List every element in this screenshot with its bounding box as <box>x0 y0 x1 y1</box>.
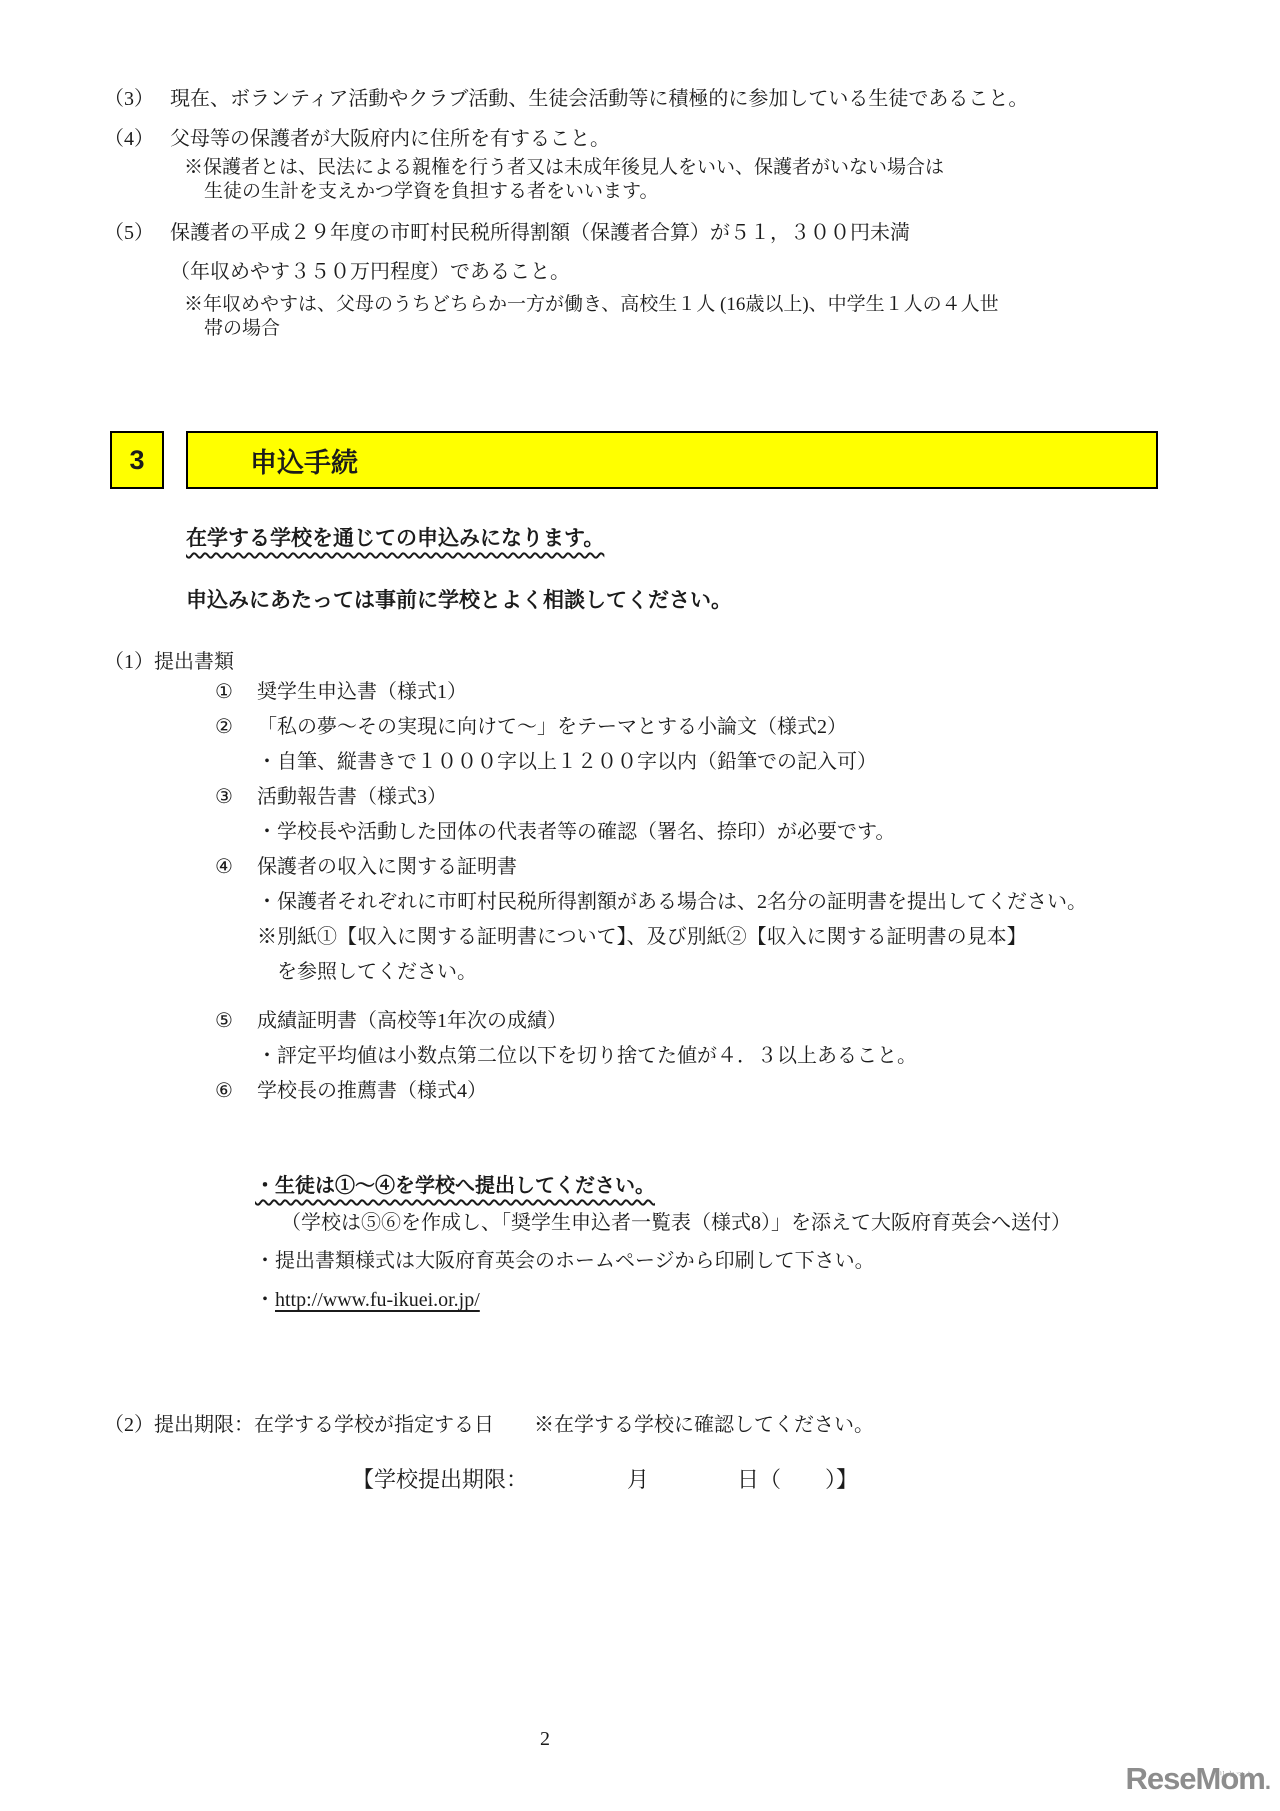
doc-text: 奨学生申込書（様式1） <box>257 681 1155 704</box>
guardian-note-line-1: ※保護者とは、民法による親権を行う者又は未成年後見人をいい、保護者がいない場合は <box>184 156 1134 180</box>
doc-item-1: ① 奨学生申込書（様式1） <box>215 681 1155 704</box>
doc-item-5-note: ・評定平均値は小数点第二位以下を切り捨てた値が４．３以上あること。 <box>257 1045 1155 1068</box>
doc-item-4-note-1: ・保護者それぞれに市町村民税所得割額がある場合は、2名分の証明書を提出してくださ… <box>257 891 1155 914</box>
logo-dot: . <box>1265 1769 1270 1794</box>
lead-sentence-2: 申込みにあたっては事前に学校とよく相談してください。 <box>186 584 732 614</box>
doc-item-4-note-3: を参照してください。 <box>277 961 1155 984</box>
print-note: ・提出書類様式は大阪府育英会のホームページから印刷して下さい。 <box>255 1249 1155 1273</box>
eligibility-item-4: （4） 父母等の保護者が大阪府内に住所を有すること。 <box>104 126 1134 152</box>
school-deadline-blank: 【学校提出期限： 月 日（ ）】 <box>352 1463 858 1494</box>
item-text: 保護者の平成２９年度の市町村民税所得割額（保護者合算）が５１，３００円未満 <box>170 220 1134 246</box>
resemom-logo: リセマムReseMom. <box>1125 1763 1270 1797</box>
circled-number: ① <box>215 681 257 704</box>
subsection-1-heading: （1）提出書類 <box>104 645 234 674</box>
logo-ruby-text: リセマム <box>1218 1759 1254 1790</box>
doc-text: 学校長の推薦書（様式4） <box>257 1080 1155 1103</box>
eligibility-list: （3） 現在、ボランティア活動やクラブ活動、生徒会活動等に積極的に参加している生… <box>104 86 1134 341</box>
income-estimate-line: （年収めやす３５０万円程度）であること。 <box>170 259 1134 285</box>
doc-item-5: ⑤ 成績証明書（高校等1年次の成績） <box>215 1010 1155 1033</box>
guardian-note-line-2: 生徒の生計を支えかつ学資を負担する者をいいます。 <box>204 180 1134 204</box>
section-number-box: 3 <box>110 431 164 489</box>
bullet: ・ <box>255 1289 275 1311</box>
income-note-line-1: ※年収めやすは、父母のうちどちらか一方が働き、高校生１人 (16歳以上)、中学生… <box>184 293 1134 317</box>
school-send-note: （学校は⑤⑥を作成し、「奨学生申込者一覧表（様式8）」を添えて大阪府育英会へ送付… <box>281 1211 1155 1235</box>
doc-item-4-note-2: ※別紙①【収入に関する証明書について】、及び別紙②【収入に関する証明書の見本】 <box>257 926 1155 949</box>
doc-text: 活動報告書（様式3） <box>257 786 1155 809</box>
section-title-bar: 申込手続 <box>186 431 1158 489</box>
item-number: （3） <box>104 86 170 112</box>
submit-bold-note: ・生徒は①～④を学校へ提出してください。 <box>255 1174 1155 1198</box>
circled-number: ④ <box>215 856 257 879</box>
circled-number: ⑥ <box>215 1080 257 1103</box>
item-number: （4） <box>104 126 170 152</box>
submission-notes: ・生徒は①～④を学校へ提出してください。 （学校は⑤⑥を作成し、「奨学生申込者一… <box>255 1174 1155 1312</box>
section-title: 申込手続 <box>188 441 358 480</box>
doc-item-4: ④ 保護者の収入に関する証明書 <box>215 856 1155 879</box>
circled-number: ② <box>215 716 257 739</box>
doc-item-6: ⑥ 学校長の推薦書（様式4） <box>215 1080 1155 1103</box>
document-page: （3） 現在、ボランティア活動やクラブ活動、生徒会活動等に積極的に参加している生… <box>0 0 1280 1811</box>
page-number: 2 <box>0 1728 1090 1751</box>
circled-number: ③ <box>215 786 257 809</box>
item-text: 父母等の保護者が大阪府内に住所を有すること。 <box>170 126 1134 152</box>
eligibility-item-5: （5） 保護者の平成２９年度の市町村民税所得割額（保護者合算）が５１，３００円未… <box>104 220 1134 246</box>
documents-list: ① 奨学生申込書（様式1） ② 「私の夢～その実現に向けて～」をテーマとする小論… <box>215 681 1155 1115</box>
item-text: 現在、ボランティア活動やクラブ活動、生徒会活動等に積極的に参加している生徒である… <box>170 86 1134 112</box>
doc-item-2-note: ・自筆、縦書きで１０００字以上１２００字以内（鉛筆での記入可） <box>257 751 1155 774</box>
doc-text: 成績証明書（高校等1年次の成績） <box>257 1010 1155 1033</box>
url-line: ・http://www.fu-ikuei.or.jp/ <box>255 1288 1155 1312</box>
subsection-2-heading: （2）提出期限：在学する学校が指定する日 ※在学する学校に確認してください。 <box>104 1408 874 1437</box>
doc-item-3-note: ・学校長や活動した団体の代表者等の確認（署名、捺印）が必要です。 <box>257 821 1155 844</box>
doc-item-3: ③ 活動報告書（様式3） <box>215 786 1155 809</box>
ikuei-url-link[interactable]: http://www.fu-ikuei.or.jp/ <box>275 1289 480 1311</box>
income-note-line-2: 帯の場合 <box>204 317 1134 341</box>
lead-sentence-1: 在学する学校を通じての申込みになります。 <box>186 522 604 552</box>
doc-text: 「私の夢～その実現に向けて～」をテーマとする小論文（様式2） <box>257 716 1155 739</box>
doc-text: 保護者の収入に関する証明書 <box>257 856 1155 879</box>
circled-number: ⑤ <box>215 1010 257 1033</box>
item-number: （5） <box>104 220 170 246</box>
doc-item-2: ② 「私の夢～その実現に向けて～」をテーマとする小論文（様式2） <box>215 716 1155 739</box>
eligibility-item-3: （3） 現在、ボランティア活動やクラブ活動、生徒会活動等に積極的に参加している生… <box>104 86 1134 112</box>
